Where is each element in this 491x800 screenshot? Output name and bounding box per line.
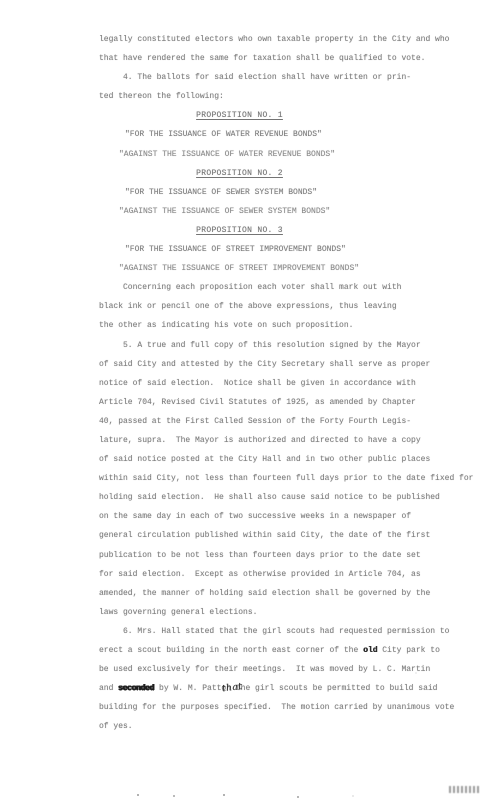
proposition-1-against-line: "AGAINST THE ISSUANCE OF WATER REVENUE B… bbox=[99, 145, 459, 164]
handwritten-word: that bbox=[221, 678, 244, 699]
proposition-2-against-line: "AGAINST THE ISSUANCE OF SEWER SYSTEM BO… bbox=[99, 202, 459, 221]
text-line: holding said election. He shall also cau… bbox=[99, 488, 459, 507]
text-line: lature, supra. The Mayor is authorized a… bbox=[99, 431, 459, 450]
overstruck-word: seconded bbox=[118, 684, 154, 693]
text-line: Concerning each proposition each voter s… bbox=[99, 278, 459, 297]
text-segment: the girl scouts be permitted to build sa… bbox=[236, 684, 438, 693]
proposition-1-heading: PROPOSITION NO. 1 bbox=[67, 106, 412, 125]
text-line: legally constituted electors who own tax… bbox=[99, 30, 459, 49]
text-line: laws governing general elections. bbox=[99, 603, 459, 622]
text-line: 6. Mrs. Hall stated that the girl scouts… bbox=[99, 622, 459, 641]
text-line: on the same day in each of two successiv… bbox=[99, 507, 459, 526]
heading-text: PROPOSITION NO. 2 bbox=[196, 169, 283, 178]
text-line-with-bold-correction: erect a scout building in the north east… bbox=[99, 641, 459, 660]
text-line: publication to be not less than fourteen… bbox=[99, 546, 459, 565]
text-line: within said City, not less than fourteen… bbox=[99, 469, 459, 488]
text-segment: erect a scout building in the north east… bbox=[99, 646, 363, 655]
proposition-3-for-line: "FOR THE ISSUANCE OF STREET IMPROVEMENT … bbox=[99, 240, 459, 259]
heading-text: PROPOSITION NO. 1 bbox=[196, 111, 283, 120]
text-line: the other as indicating his vote on such… bbox=[99, 316, 459, 335]
text-line: general circulation published within sai… bbox=[99, 526, 459, 545]
proposition-3-against-line: "AGAINST THE ISSUANCE OF STREET IMPROVEM… bbox=[99, 259, 459, 278]
text-line: 40, passed at the First Called Session o… bbox=[99, 412, 459, 431]
text-line: be used exclusively for their meetings. … bbox=[99, 660, 459, 679]
text-line: black ink or pencil one of the above exp… bbox=[99, 297, 459, 316]
text-line: 5. A true and full copy of this resoluti… bbox=[99, 336, 459, 355]
proposition-2-heading: PROPOSITION NO. 2 bbox=[67, 164, 412, 183]
heading-text: PROPOSITION NO. 3 bbox=[196, 226, 283, 235]
text-line-with-handwritten-insert: and seconded by W. M. Patton thatthe gir… bbox=[99, 679, 459, 698]
text-segment: and bbox=[99, 684, 118, 693]
text-line: notice of said election. Notice shall be… bbox=[99, 374, 459, 393]
text-line: building for the purposes specified. The… bbox=[99, 698, 459, 717]
text-line: 4. The ballots for said election shall h… bbox=[99, 68, 459, 87]
text-segment: City park to bbox=[377, 646, 439, 655]
text-line: ted thereon the following: bbox=[99, 87, 459, 106]
overtyped-word: old bbox=[363, 646, 377, 655]
text-line: of said City and attested by the City Se… bbox=[99, 355, 459, 374]
proposition-3-heading: PROPOSITION NO. 3 bbox=[67, 221, 412, 240]
faded-corner-stamp bbox=[449, 786, 480, 793]
document-text-column: legally constituted electors who own tax… bbox=[99, 30, 459, 736]
text-line: of yes. bbox=[99, 717, 459, 736]
text-line: that have rendered the same for taxation… bbox=[99, 49, 459, 68]
scanned-document-page: legally constituted electors who own tax… bbox=[0, 0, 491, 800]
scan-speckle-dots bbox=[137, 794, 139, 796]
proposition-2-for-line: "FOR THE ISSUANCE OF SEWER SYSTEM BONDS" bbox=[99, 183, 459, 202]
proposition-1-for-line: "FOR THE ISSUANCE OF WATER REVENUE BONDS… bbox=[99, 125, 459, 144]
text-line: amended, the manner of holding said elec… bbox=[99, 584, 459, 603]
text-line: for said election. Except as otherwise p… bbox=[99, 565, 459, 584]
text-line: of said notice posted at the City Hall a… bbox=[99, 450, 459, 469]
text-line: Article 704, Revised Civil Statutes of 1… bbox=[99, 393, 459, 412]
